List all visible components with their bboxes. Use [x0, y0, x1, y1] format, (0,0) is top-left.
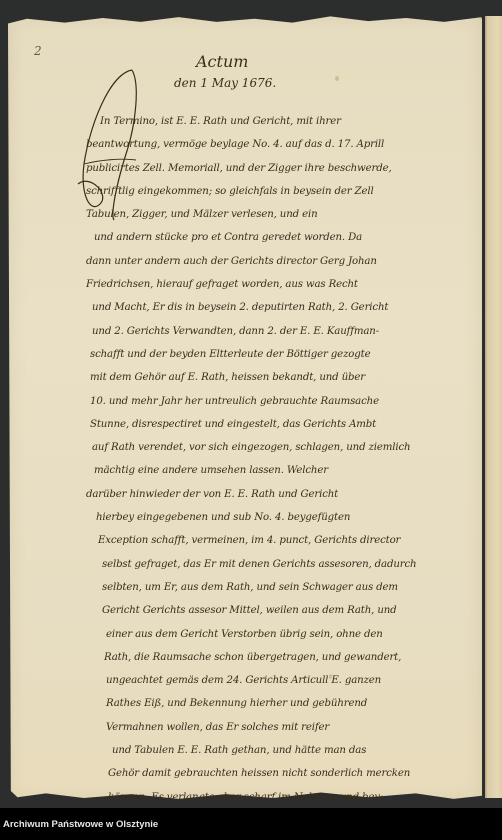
- text-line: und 2. Gerichts Verwandten, dann 2. der …: [86, 320, 476, 343]
- adjacent-page-edge: [486, 16, 502, 798]
- text-line: Friedrichsen, hierauf gefraget worden, a…: [86, 273, 476, 296]
- text-line: Gericht Gerichts assesor Mittel, weilen …: [86, 599, 476, 622]
- text-line: 10. und mehr Jahr her untreulich gebrauc…: [86, 390, 476, 413]
- text-line: ungeachtet gemäs dem 24. Gerichts Articu…: [86, 669, 476, 692]
- text-line: Stunne, disrespectiret und eingestelt, d…: [86, 413, 476, 436]
- text-line: schrifftlig eingekommen; so gleichfals i…: [86, 180, 476, 203]
- text-line: publicirtes Zell. Memoriall, und der Zig…: [86, 157, 476, 180]
- text-line: Tabulen, Zigger, und Mälzer verlesen, un…: [86, 203, 476, 226]
- archive-name-label: Archiwum Państwowe w Olsztynie: [3, 819, 158, 830]
- text-line: beantwortung, vermöge beylage No. 4. auf…: [86, 133, 476, 156]
- text-line: können, Es verlangte aber scharf im Nahm…: [86, 786, 476, 809]
- paper-stain: [335, 76, 339, 81]
- text-line: schafft und der beyden Eltterleute der B…: [86, 343, 476, 366]
- text-line: auf Rath verendet, vor sich eingezogen, …: [86, 436, 476, 459]
- text-line: Gehör damit gebrauchten heissen nicht so…: [86, 762, 476, 785]
- document-heading-title: Actum: [196, 52, 248, 71]
- text-line: selbst gefraget, das Er mit denen Gerich…: [86, 553, 476, 576]
- text-line: einer aus dem Gericht Verstorben übrig s…: [86, 623, 476, 646]
- text-line: Rath, die Raumsache schon übergetragen, …: [86, 646, 476, 669]
- text-line: In Termino, ist E. E. Rath und Gericht, …: [86, 110, 476, 133]
- text-line: und Tabulen E. E. Rath gethan, und hätte…: [86, 739, 476, 762]
- manuscript-text-body: In Termino, ist E. E. Rath und Gericht, …: [86, 110, 476, 809]
- text-line: hierbey eingegebenen und sub No. 4. beyg…: [86, 506, 476, 529]
- text-line: mächtig eine andere umsehen lassen. Welc…: [86, 459, 476, 482]
- text-line: selbten, um Er, aus dem Rath, und sein S…: [86, 576, 476, 599]
- text-line: und Macht, Er dis in beysein 2. deputirt…: [86, 296, 476, 319]
- text-line: Exception schafft, vermeinen, im 4. punc…: [86, 529, 476, 552]
- text-line: darüber hinwieder der von E. E. Rath und…: [86, 483, 476, 506]
- text-line: mit dem Gehör auf E. Rath, heissen bekan…: [86, 366, 476, 389]
- text-line: und andern stücke pro et Contra geredet …: [86, 226, 476, 249]
- archive-footer-bar: Archiwum Państwowe w Olsztynie: [0, 808, 502, 840]
- scanned-image-area: 2 Actum den 1 May 1676. In Termino, ist …: [0, 0, 502, 808]
- document-heading-date: den 1 May 1676.: [174, 76, 276, 90]
- text-line: Rathes Eiß, und Bekennung hierher und ge…: [86, 692, 476, 715]
- text-line: dann unter andern auch der Gerichts dire…: [86, 250, 476, 273]
- folio-number: 2: [34, 44, 42, 58]
- text-line: Vermahnen wollen, das Er solches mit rei…: [86, 716, 476, 739]
